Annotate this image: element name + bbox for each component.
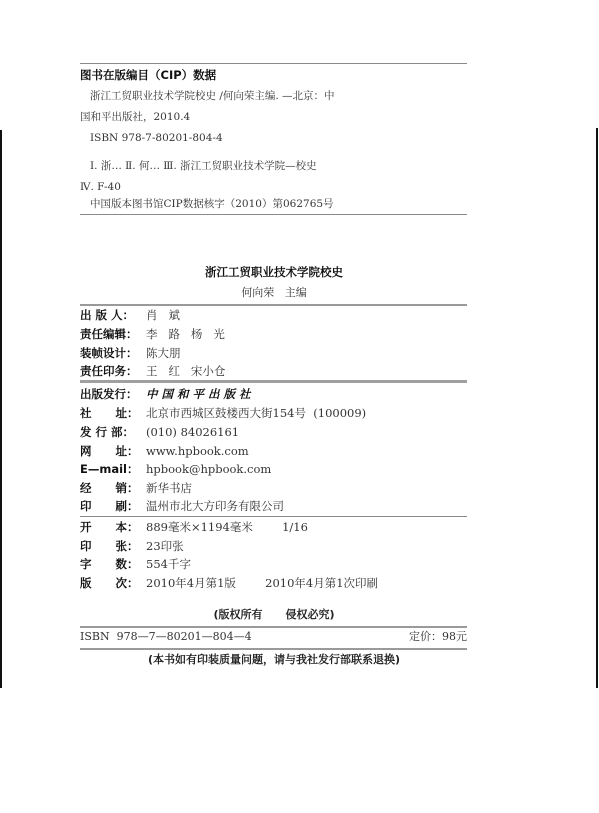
price: 定价：98元 <box>380 631 467 642</box>
cip-bottom-rule <box>80 214 467 215</box>
field-label: 版 次： <box>80 578 146 590</box>
isbn-top-rule <box>80 626 467 628</box>
field-label: 责任编辑： <box>80 329 146 341</box>
field-value: (010) 84026161 <box>146 427 239 439</box>
publisher-row-address: 社 址： 北京市西城区鼓楼西大街154号 (100009) <box>80 408 366 420</box>
field-label: 社 址： <box>80 408 146 420</box>
cip-classification-line: Ⅳ. F-40 <box>80 182 121 193</box>
copyright-notice: (版权所有 侵权必究) <box>0 609 548 620</box>
field-label: 印 张： <box>80 541 146 553</box>
field-value: 23印张 <box>146 541 184 553</box>
staff-row-design: 装帧设计： 陈大朋 <box>80 348 181 360</box>
return-notice: (本书如有印装质量问题，请与我社发行部联系退换) <box>0 654 548 665</box>
field-value: 北京市西城区鼓楼西大街154号 (100009) <box>146 408 366 420</box>
isbn-bottom-rule <box>80 648 467 650</box>
publisher-row-printer: 印 刷： 温州市北大方印务有限公司 <box>80 501 284 513</box>
publisher-row-phone: 发 行 部： (010) 84026161 <box>80 427 239 439</box>
page-edge-right-line <box>596 128 598 688</box>
isbn-number: ISBN 978—7—80201—804—4 <box>80 631 252 642</box>
field-label: 网 址： <box>80 446 146 458</box>
publisher-row-distributor: 经 销： 新华书店 <box>80 483 192 495</box>
field-label: E—mail： <box>80 464 146 476</box>
field-label: 字 数： <box>80 559 146 571</box>
cip-record-number: 中国版本图书馆CIP数据核字（2010）第062765号 <box>90 199 334 210</box>
page-edge-left-line <box>0 130 2 688</box>
field-label: 经 销： <box>80 483 146 495</box>
field-label: 出版发行： <box>80 389 146 401</box>
field-value: 新华书店 <box>146 483 192 495</box>
cip-line: 浙江工贸职业技术学院校史 /何向荣主编. —北京：中 <box>90 91 335 102</box>
field-value: 李 路 杨 光 <box>146 329 225 341</box>
cip-classification-line: Ⅰ. 浙… Ⅱ. 何… Ⅲ. 浙江工贸职业技术学院—校史 <box>90 161 317 172</box>
cip-line: 国和平出版社，2010.4 <box>80 112 190 123</box>
staff-row-publisher: 出 版 人： 肖 斌 <box>80 310 180 322</box>
field-value: hpbook@hpbook.com <box>146 464 271 476</box>
field-value: 温州市北大方印务有限公司 <box>146 501 284 513</box>
staff-bottom-rule <box>80 380 467 383</box>
cip-top-rule <box>80 63 467 64</box>
field-value: 王 红 宋小仓 <box>146 366 225 378</box>
title-bottom-rule <box>80 304 467 306</box>
publisher-row-email: E—mail： hpbook@hpbook.com <box>80 464 271 476</box>
spec-row-sheets: 印 张： 23印张 <box>80 541 184 553</box>
field-value: 2010年4月第1版 2010年4月第1次印刷 <box>146 578 378 590</box>
book-editor: 何向荣 主编 <box>0 287 548 298</box>
field-value: 肖 斌 <box>146 310 180 322</box>
field-value: www.hpbook.com <box>146 446 249 458</box>
cip-heading: 图书在版编目（CIP）数据 <box>80 70 216 82</box>
spec-row-format: 开 本： 889毫米×1194毫米 1/16 <box>80 522 308 534</box>
publisher-name: 中国和平出版社 <box>146 389 255 401</box>
field-label: 开 本： <box>80 522 146 534</box>
field-value: 554千字 <box>146 559 191 571</box>
field-label: 出 版 人： <box>80 310 146 322</box>
spec-row-wordcount: 字 数： 554千字 <box>80 559 191 571</box>
staff-row-printing: 责任印务： 王 红 宋小仓 <box>80 366 225 378</box>
publisher-row-name: 出版发行： 中国和平出版社 <box>80 389 255 401</box>
book-title: 浙江工贸职业技术学院校史 <box>0 267 548 279</box>
field-label: 责任印务： <box>80 366 146 378</box>
field-value: 889毫米×1194毫米 1/16 <box>146 522 308 534</box>
field-value: 陈大朋 <box>146 348 181 360</box>
publisher-bottom-rule <box>80 516 467 517</box>
field-label: 印 刷： <box>80 501 146 513</box>
field-label: 发 行 部： <box>80 427 146 439</box>
staff-row-editor: 责任编辑： 李 路 杨 光 <box>80 329 225 341</box>
spec-row-edition: 版 次： 2010年4月第1版 2010年4月第1次印刷 <box>80 578 378 590</box>
publisher-row-website: 网 址： www.hpbook.com <box>80 446 249 458</box>
cip-isbn-line: ISBN 978-7-80201-804-4 <box>90 133 223 144</box>
field-label: 装帧设计： <box>80 348 146 360</box>
